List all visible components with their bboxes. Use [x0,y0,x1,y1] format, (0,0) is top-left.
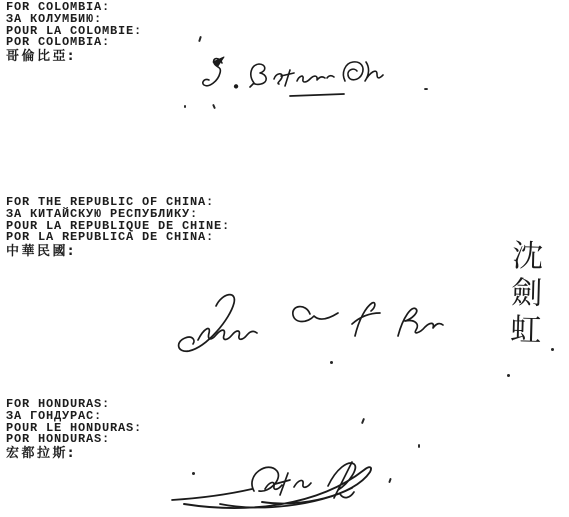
scan-speck [418,444,420,448]
scan-speck [212,104,216,109]
signature-china-chinese-name: 沈劍虹 [497,238,544,365]
scan-speck [424,88,428,90]
scan-speck [330,361,333,364]
signature-china [152,286,447,358]
label-china-spanish: POR LA REPUBLICA DE CHINA: [6,232,230,244]
scan-speck [361,418,365,424]
label-honduras-spanish: POR HONDURAS: [6,434,142,446]
scan-speck [184,105,186,108]
scan-speck [198,36,202,42]
label-colombia-spanish: POR COLOMBIA: [6,37,142,49]
label-colombia-chinese: 哥倫比亞: [6,50,142,64]
signature-honduras [168,456,398,516]
scan-speck [192,472,195,475]
signature-block-china: FOR THE REPUBLIC OF CHINA: ЗА КИТАЙСКУЮ … [6,197,230,259]
signature-block-colombia: FOR COLOMBIA: ЗА КОЛУМБИЮ: POUR LA COLOM… [6,2,142,64]
signature-block-honduras: FOR HONDURAS: ЗА ГОНДУРАС: POUR LE HONDU… [6,399,142,461]
label-honduras-chinese: 宏都拉斯: [6,447,142,461]
label-china-chinese: 中華民國: [6,245,230,259]
scan-speck [507,374,510,377]
document-page: FOR COLOMBIA: ЗА КОЛУМБИЮ: POUR LA COLOM… [0,0,569,517]
scan-speck [551,348,554,351]
signature-colombia [193,54,408,100]
